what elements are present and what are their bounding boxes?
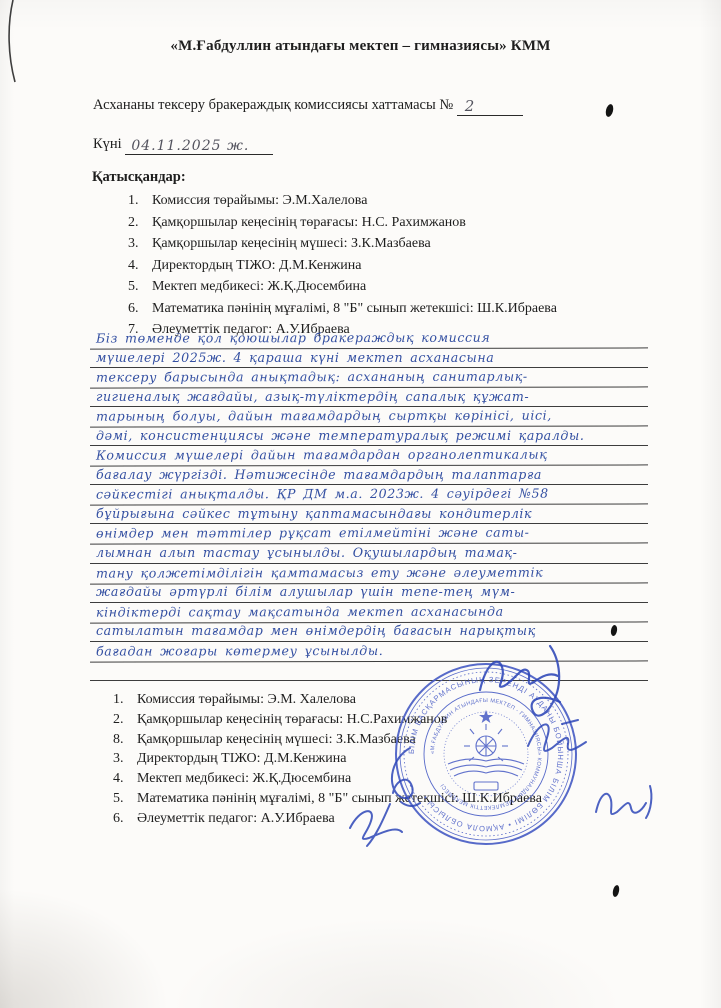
item-number: 2. (113, 710, 137, 730)
list-item: 1.Комиссия төрайымы: Э.М.Халелова (128, 190, 557, 212)
document-title: «М.Ғабдуллин атындағы мектеп – гимназияс… (0, 38, 721, 55)
protocol-number-value: 2 (457, 97, 523, 116)
handwriting-line: дәмі, консистенциясы және температуралық… (90, 427, 648, 447)
list-item: 4.Директордың ТІЖО: Д.М.Кенжина (128, 255, 557, 277)
handwriting-section: Біз төменде қол қоюшылар бракераждық ком… (90, 329, 648, 681)
item-text: Математика пәнінің мұғалімі, 8 "Б" сынып… (152, 298, 557, 320)
item-text: Комиссия төрайымы: Э.М. Халелова (137, 690, 356, 710)
item-number: 1. (128, 190, 152, 212)
handwriting-line: Комиссия мүшелері дайын тағамдардан орга… (90, 446, 648, 467)
item-number: 8. (113, 730, 137, 750)
item-number: 6. (128, 298, 152, 320)
item-text: Мектеп медбикесі: Ж.Қ.Дюсембина (152, 276, 366, 298)
item-text: Мектеп медбикесі: Ж.Қ.Дюсембина (137, 769, 351, 789)
handwriting-line: мүшелері 2025ж. 4 қараша күні мектеп асх… (90, 349, 648, 369)
item-text: Қамқоршылар кеңесінің мүшесі: З.К.Мазбае… (152, 233, 431, 255)
handwriting-line: жағдайы әртүрлі білім алушылар үшін тепе… (90, 583, 648, 603)
list-item: 3.Қамқоршылар кеңесінің мүшесі: З.К.Мазб… (128, 233, 557, 255)
handwriting-line: тану қолжетімділігін қамтамасыз ету және… (90, 563, 648, 584)
handwriting-line: тексеру барысында анықтадық: асхананың с… (90, 368, 648, 389)
item-number: 5. (113, 789, 137, 809)
date-line: Күні 04.11.2025 ж. (93, 136, 273, 153)
handwriting-line: тарының болуы, дайын тағамдардың сыртқы … (90, 407, 648, 428)
protocol-number-label: Асхананы тексеру бракераждық комиссиясы … (93, 97, 453, 113)
scanned-protocol-document: «М.Ғабдуллин атындағы мектеп – гимназияс… (0, 0, 721, 1008)
list-item: 5.Мектеп медбикесі: Ж.Қ.Дюсембина (128, 276, 557, 298)
handwriting-line: лымнан алып тастау ұсынылды. Оқушылардың… (90, 544, 648, 564)
item-number: 5. (128, 276, 152, 298)
date-label: Күні (93, 136, 122, 152)
handwriting-line: гигиеналық жағдайы, азық-түліктердің сап… (90, 388, 648, 408)
item-number: 3. (113, 749, 137, 769)
handwriting-line: Біз төменде қол қоюшылар бракераждық ком… (90, 328, 648, 349)
item-number: 6. (113, 809, 137, 829)
scan-edge-artifact (4, 0, 20, 84)
protocol-number-line: Асхананы тексеру бракераждық комиссиясы … (93, 95, 523, 114)
signature-ibrayeva-shk (590, 776, 664, 824)
item-text: Комиссия төрайымы: Э.М.Халелова (152, 190, 367, 212)
handwriting-line: бағалау жүргізді. Нәтижесінде тағамдарды… (90, 466, 648, 486)
handwriting-line: кіндіктерді сақтау мақсатында мектеп асх… (90, 602, 648, 623)
participants-list: 1.Комиссия төрайымы: Э.М.Халелова 2.Қамқ… (128, 190, 557, 341)
handwriting-line: сатылатын тағамдар мен өнімдердің бағасы… (90, 622, 648, 642)
item-number: 4. (113, 769, 137, 789)
item-text: Әлеуметтік педагог: А.У.Ибраева (137, 809, 335, 829)
date-value: 04.11.2025 ж. (125, 138, 273, 155)
handwriting-line: бұйрығына сәйкес тұтыну қаптамасындағы к… (90, 505, 648, 525)
handwriting-line: сәйкестігі анықталды. ҚР ДМ м.а. 2023ж. … (90, 485, 648, 506)
participants-heading: Қатысқандар: (92, 169, 186, 186)
scan-dot-artifact (612, 885, 620, 898)
signature-ibrayeva-au (338, 796, 412, 848)
signature-mazbayeva (516, 704, 600, 766)
item-text: Қамқоршылар кеңесінің төрағасы: Н.С. Рах… (152, 212, 466, 234)
list-item: 2.Қамқоршылар кеңесінің төрағасы: Н.С. Р… (128, 212, 557, 234)
item-text: Қамқоршылар кеңесінің мүшесі: З.К.Мазбае… (137, 730, 416, 750)
item-text: Директордың ТІЖО: Д.М.Кенжина (152, 255, 361, 277)
handwriting-line: өнімдер мен тәттілер рұқсат етілмейтіні … (90, 524, 648, 545)
scan-dot-artifact (605, 103, 615, 117)
item-text: Директордың ТІЖО: Д.М.Кенжина (137, 749, 346, 769)
item-number: 3. (128, 233, 152, 255)
list-item: 6.Математика пәнінің мұғалімі, 8 "Б" сын… (128, 298, 557, 320)
item-number: 1. (113, 690, 137, 710)
item-number: 4. (128, 255, 152, 277)
item-number: 2. (128, 212, 152, 234)
